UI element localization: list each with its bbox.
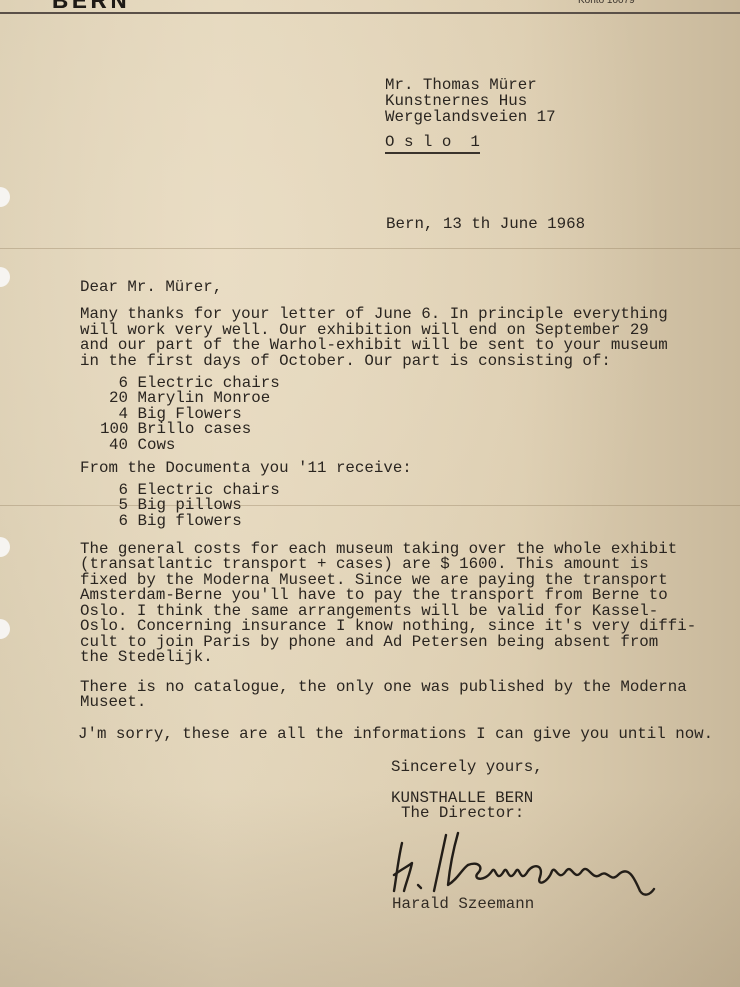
letter-paper: BERN Konto 10079 Mr. Thomas Mürer Kunstn…	[0, 0, 740, 987]
list-item: 6 Big flowers	[100, 514, 242, 530]
handwritten-signature: H. Szeemann	[388, 825, 678, 900]
paragraph-4: J'm sorry, these are all the information…	[78, 727, 713, 743]
documenta-intro: From the Documenta you '11 receive:	[80, 461, 412, 477]
letterhead-rule	[0, 12, 740, 14]
list-item: 40 Cows	[100, 438, 175, 454]
body-line: the Stedelijk.	[80, 650, 213, 666]
letterhead-account: Konto 10079	[578, 0, 635, 6]
fold-line	[0, 248, 740, 249]
body-line: in the first days of October. Our part i…	[80, 354, 611, 370]
recipient-street: Wergelandsveien 17	[385, 110, 556, 126]
recipient-city: O s l o 1	[385, 133, 480, 154]
punch-hole	[0, 619, 10, 639]
salutation: Dear Mr. Mürer,	[80, 280, 222, 296]
body-line: There is no catalogue, the only one was …	[80, 680, 687, 696]
sender-title: The Director:	[401, 806, 524, 822]
body-line: Museet.	[80, 695, 146, 711]
sender-name: Harald Szeemann	[392, 897, 534, 913]
sender-institution: KUNSTHALLE BERN	[391, 791, 533, 807]
dateline: Bern, 13 th June 1968	[386, 217, 585, 233]
punch-hole	[0, 187, 10, 207]
punch-hole	[0, 537, 10, 557]
punch-hole	[0, 267, 10, 287]
closing: Sincerely yours,	[391, 760, 543, 776]
